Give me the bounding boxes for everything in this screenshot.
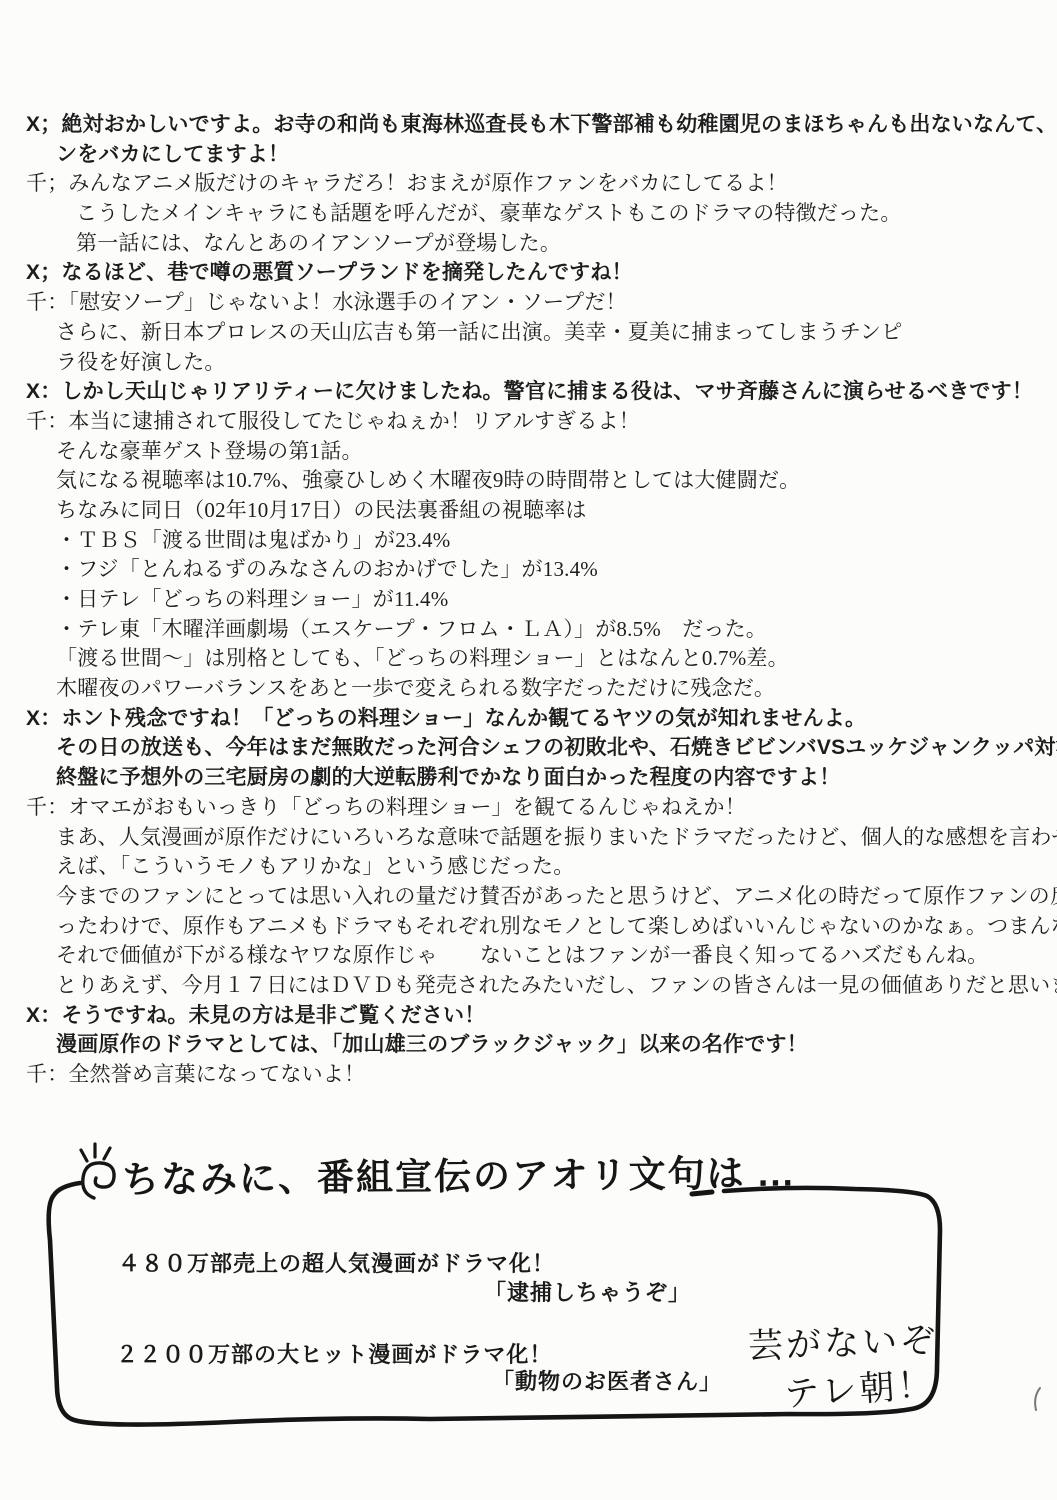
handwritten-heading: ちなみに、番組宣伝のアオリ文句は ... — [122, 1142, 795, 1203]
dialogue-line: 今までのファンにとっては思い入れの量だけ賛否があったと思うけど、アニメ化の時だっ… — [26, 883, 1039, 913]
dialogue-line: ・日テレ「どっちの料理ショー」が11.4% — [26, 586, 1039, 616]
idea-doodle-icon — [68, 1138, 122, 1202]
promo-title-quote: 「動物のお医者さん」 — [492, 1365, 722, 1396]
promo-copy-line: ２２００万部の大ヒット漫画がドラマ化！ — [116, 1338, 552, 1369]
promo-title-quote: 「逮捕しちゃうぞ」 — [484, 1276, 691, 1307]
dialogue-line: 木曜夜のパワーバランスをあと一歩で変えられる数字だっただけに残念だ。 — [26, 675, 1039, 705]
dialogue-line: 「渡る世間～」は別格としても、「どっちの料理ショー」とはなんと0.7%差。 — [26, 645, 1039, 675]
dialogue-line: X：しかし天山じゃリアリティーに欠けましたね。警官に捕まる役は、マサ斉藤さんに演… — [26, 378, 1039, 408]
promo-copy-line: ４８０万部売上の超人気漫画がドラマ化！ — [118, 1247, 555, 1278]
dialogue-line: 千：本当に逮捕されて服役してたじゃねぇか！リアルすぎるよ！ — [26, 408, 1039, 438]
dialogue-line: ったわけで、原作もアニメもドラマもそれぞれ別なモノとして楽しめばいいんじゃないの… — [26, 913, 1039, 943]
dialogue-line: えば、「こういうモノもアリかな」という感じだった。 — [26, 853, 1039, 883]
dialogue-line: X：そうですね。未見の方は是非ご覧ください！ — [26, 1002, 1039, 1032]
dialogue-line: 千：オマエがおもいっきり「どっちの料理ショー」を観てるんじゃねえか！ — [26, 794, 1039, 824]
dialogue-line: ・フジ「とんねるずのみなさんのおかげでした」が13.4% — [26, 556, 1039, 586]
dialogue-line: まあ、人気漫画が原作だけにいろいろな意味で話題を振りまいたドラマだったけど、個人… — [26, 824, 1039, 854]
dialogue-line: そんな豪華ゲスト登場の第1話。 — [26, 438, 1039, 468]
dialogue-line: 千：「慰安ソープ」じゃないよ！水泳選手のイアン・ソープだ！ — [26, 289, 1039, 319]
dialogue-line: ンをバカにしてますよ！ — [26, 141, 1039, 171]
handwritten-comment-line2: テレ朝！ — [782, 1357, 936, 1417]
dialogue-line: X：ホント残念ですね！「どっちの料理ショー」なんか観てるヤツの気が知れませんよ。 — [26, 705, 1039, 735]
dialogue-line: とりあえず、今月１７日にはＤＶＤも発売されたみたいだし、ファンの皆さんは一見の価… — [26, 972, 1039, 1002]
dialogue-line: さらに、新日本プロレスの天山広吉も第一話に出演。美幸・夏美に捕まってしまうチンピ — [26, 319, 1039, 349]
dialogue-line: X；絶対おかしいですよ。お寺の和尚も東海林巡査長も木下警部補も幼稚園児のまほちゃ… — [26, 111, 1039, 141]
dialogue-line: それで価値が下がる様なヤワな原作じゃ ないことはファンが一番良く知ってるハズだも… — [26, 942, 1039, 972]
dialogue-line: ・テレ東「木曜洋画劇場（エスケープ・フロム・ＬＡ）」が8.5% だった。 — [26, 616, 1039, 646]
dialogue-line: 千；みんなアニメ版だけのキャラだろ！おまえが原作ファンをバカにしてるよ！ — [26, 170, 1039, 200]
dialogue-line: 第一話には、なんとあのイアンソープが登場した。 — [26, 230, 1039, 260]
dialogue-line: ・ＴＢＳ「渡る世間は鬼ばかり」が23.4% — [26, 527, 1039, 557]
dialogue-line: 千：全然誉め言葉になってないよ！ — [26, 1061, 1039, 1091]
dialogue-line: ラ役を好演した。 — [26, 349, 1039, 379]
dialogue-line: 気になる視聴率は10.7%、強豪ひしめく木曜夜9時の時間帯としては大健闘だ。 — [26, 467, 1039, 497]
dialogue-lines: X；絶対おかしいですよ。お寺の和尚も東海林巡査長も木下警部補も幼稚園児のまほちゃ… — [26, 111, 1039, 1091]
dialogue-line: こうしたメインキャラにも話題を呼んだが、豪華なゲストもこのドラマの特徴だった。 — [26, 200, 1039, 230]
dialogue-line: その日の放送も、今年はまだ無敗だった河合シェフの初敗北や、石焼きビビンバVSユッ… — [26, 734, 1039, 764]
dialogue-line: 終盤に予想外の三宅厨房の劇的大逆転勝利でかなり面白かった程度の内容ですよ！ — [26, 764, 1039, 794]
dialogue-line: ちなみに同日（02年10月17日）の民法裏番組の視聴率は — [26, 497, 1039, 527]
dialogue-line: X；なるほど、巷で噂の悪質ソープランドを摘発したんですね！ — [26, 259, 1039, 289]
scan-artifact-mark — [1035, 1388, 1040, 1410]
dialogue-line: 漫画原作のドラマとしては、「加山雄三のブラックジャック」以来の名作です！ — [26, 1031, 1039, 1061]
scanned-document-page: X；絶対おかしいですよ。お寺の和尚も東海林巡査長も木下警部補も幼稚園児のまほちゃ… — [0, 0, 1057, 1500]
